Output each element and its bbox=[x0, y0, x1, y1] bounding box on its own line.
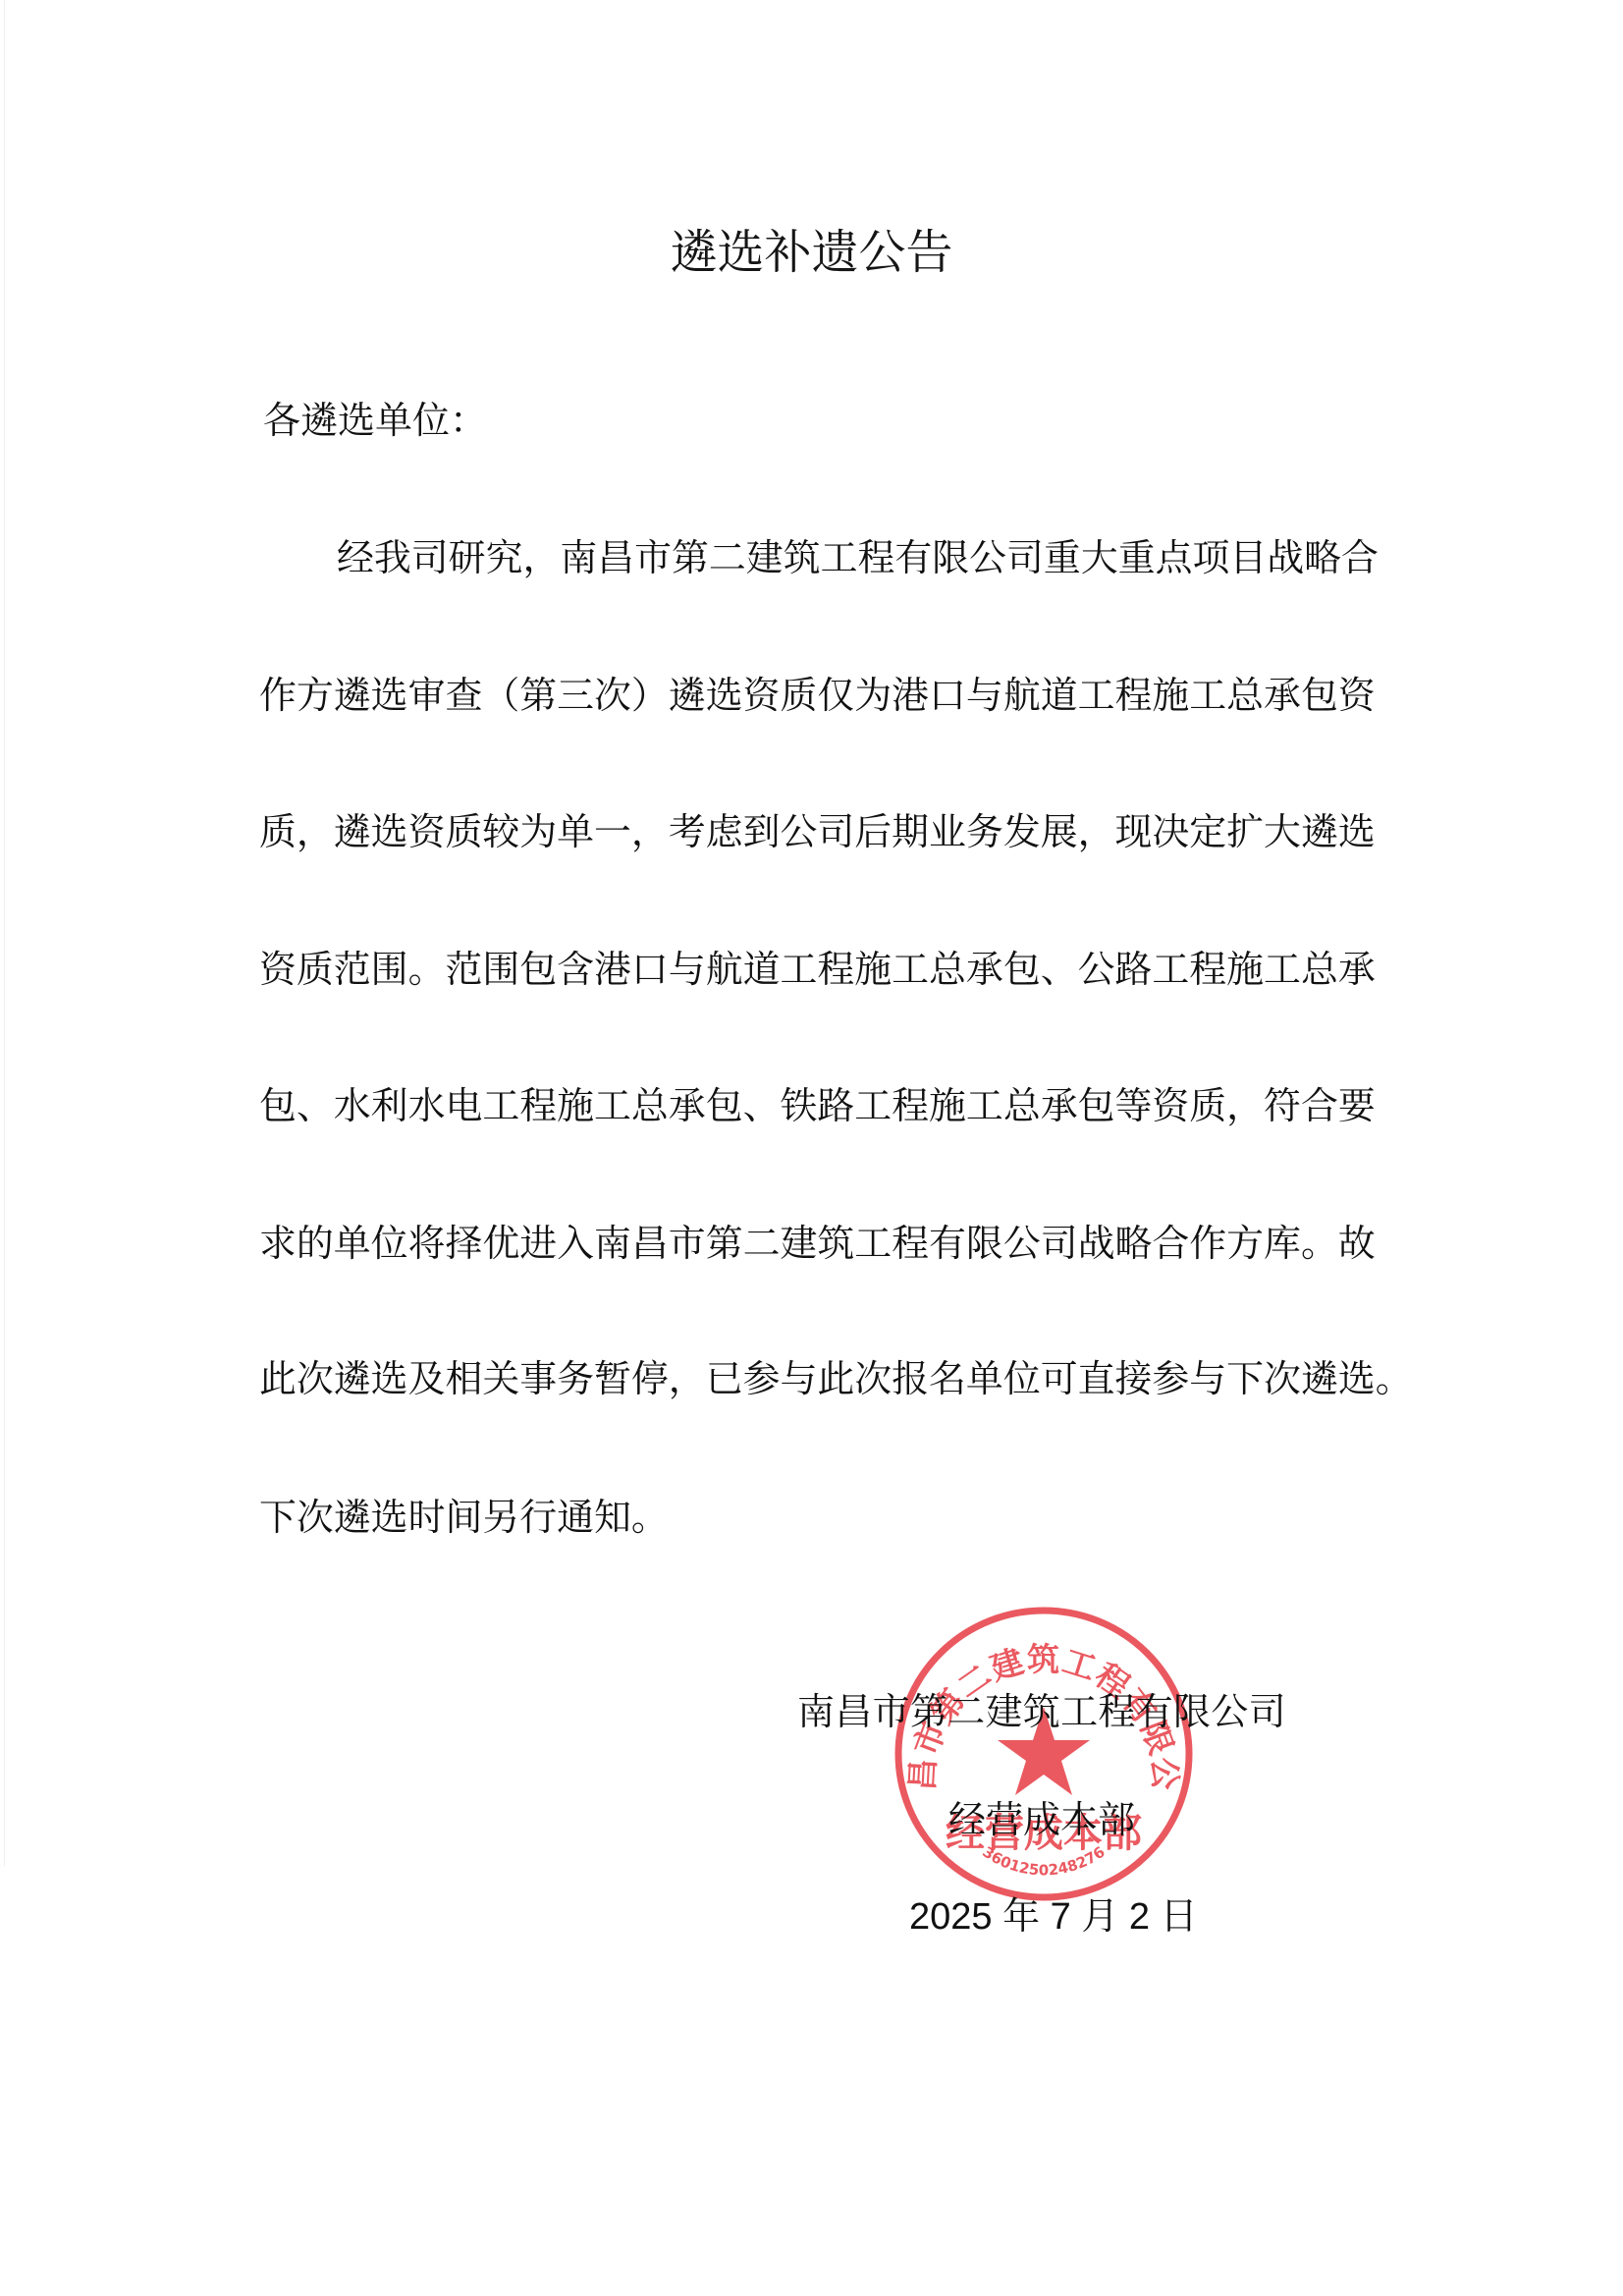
body-line: 经我司研究，南昌市第二建筑工程有限公司重大重点项目战略合 bbox=[337, 534, 1379, 581]
salutation: 各遴选单位： bbox=[263, 397, 487, 444]
body-line: 包、水利水电工程施工总承包、铁路工程施工总承包等资质，符合要 bbox=[259, 1082, 1376, 1129]
body-line: 下次遴选时间另行通知。 bbox=[259, 1494, 669, 1541]
body-line: 求的单位将择优进入南昌市第二建筑工程有限公司战略合作方库。故 bbox=[259, 1220, 1376, 1267]
body-line: 资质范围。范围包含港口与航道工程施工总承包、公路工程施工总承 bbox=[259, 946, 1376, 993]
signature-company: 南昌市第二建筑工程有限公司 bbox=[797, 1688, 1286, 1735]
official-seal: 南昌市第二建筑工程有限公司 经营成本部 3601250248276 bbox=[892, 1605, 1196, 1903]
document-page: 遴选补遗公告 各遴选单位： 经我司研究，南昌市第二建筑工程有限公司重大重点项目战… bbox=[0, 0, 1623, 2296]
signature-department: 经营成本部 bbox=[948, 1796, 1135, 1843]
body-line: 此次遴选及相关事务暂停，已参与此次报名单位可直接参与下次遴选。 bbox=[259, 1355, 1413, 1402]
body-line: 作方遴选审查（第三次）遴选资质仅为港口与航道工程施工总承包资 bbox=[259, 672, 1376, 719]
body-line: 质，遴选资质较为单一，考虑到公司后期业务发展，现决定扩大遴选 bbox=[259, 808, 1376, 855]
document-title: 遴选补遗公告 bbox=[0, 222, 1623, 283]
signature-date: 2025 年 7 月 2 日 bbox=[909, 1893, 1198, 1941]
